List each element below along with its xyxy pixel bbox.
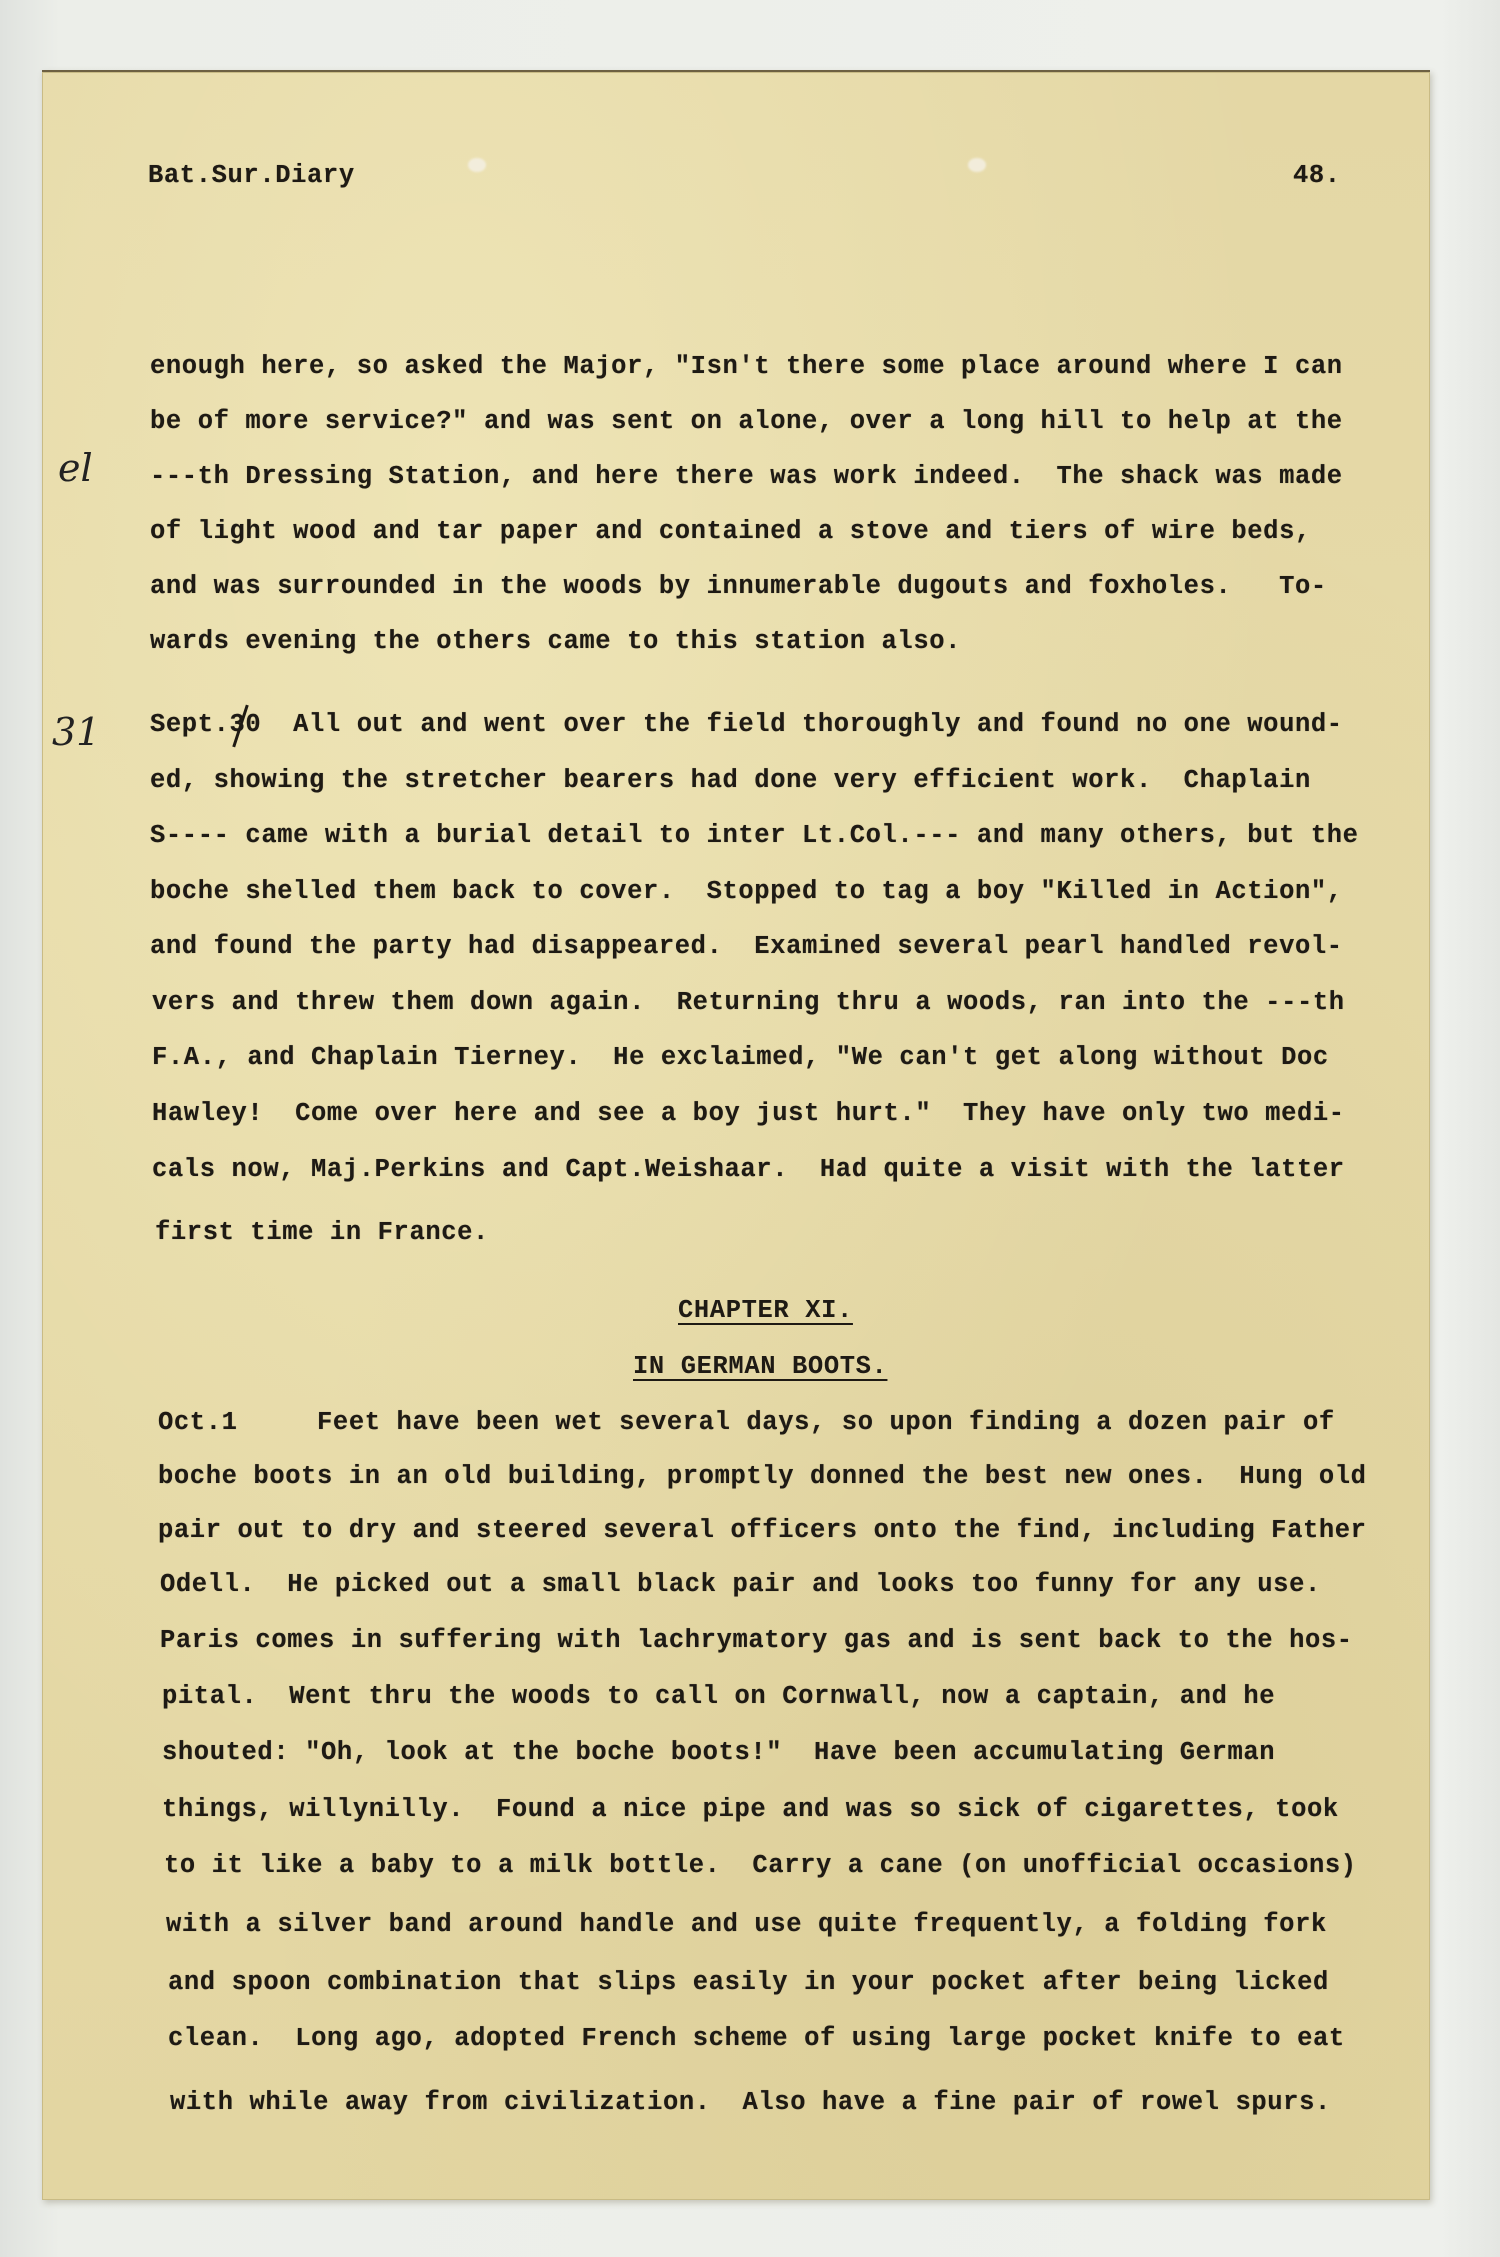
paragraph1-line: ---th Dressing Station, and here there w… [150,464,1343,490]
paragraph3-line: clean. Long ago, adopted French scheme o… [168,2026,1345,2052]
paper-blemish [468,158,486,172]
paragraph3-line: Odell. He picked out a small black pair … [160,1572,1321,1598]
paragraph3-line: and spoon combination that slips easily … [168,1970,1329,1996]
paragraph1-line: be of more service?" and was sent on alo… [150,409,1343,435]
paragraph3-line: Oct.1 Feet have been wet several days, s… [158,1410,1335,1436]
paragraph3-line: pair out to dry and steered several offi… [158,1518,1367,1544]
paragraph2-line: and found the party had disappeared. Exa… [150,934,1343,960]
margin-note-el: el [58,446,93,490]
paragraph2-line: F.A., and Chaplain Tierney. He exclaimed… [152,1045,1329,1071]
paragraph1-line: of light wood and tar paper and containe… [150,519,1311,545]
paragraph2-line: first time in France. [155,1220,489,1246]
paragraph2-line: cals now, Maj.Perkins and Capt.Weishaar.… [152,1157,1345,1183]
paragraph3-line: boche boots in an old building, promptly… [158,1464,1367,1490]
chapter-title-heading: IN GERMAN BOOTS. [633,1352,887,1381]
page-number: 48. [1293,163,1341,189]
chapter-number-heading: CHAPTER XI. [678,1296,853,1325]
paragraph3-line: to it like a baby to a milk bottle. Carr… [164,1853,1357,1879]
paragraph3-line: with a silver band around handle and use… [166,1912,1327,1938]
paper-blemish [968,158,986,172]
paragraph1-line: enough here, so asked the Major, "Isn't … [150,354,1343,380]
paragraph2-line: Sept.30 All out and went over the field … [150,712,1343,738]
paragraph3-line: pital. Went thru the woods to call on Co… [162,1684,1275,1710]
paragraph3-line: shouted: "Oh, look at the boche boots!" … [162,1740,1275,1766]
paragraph1-line: wards evening the others came to this st… [150,629,961,655]
paragraph3-line: Paris comes in suffering with lachrymato… [160,1628,1353,1654]
paragraph2-line: S---- came with a burial detail to inter… [150,823,1359,849]
paragraph2-line: vers and threw them down again. Returnin… [152,990,1345,1016]
margin-note-31: 31 [52,710,100,754]
paragraph3-line: things, willynilly. Found a nice pipe an… [162,1797,1339,1823]
paragraph1-line: and was surrounded in the woods by innum… [150,574,1327,600]
paragraph2-line: ed, showing the stretcher bearers had do… [150,768,1311,794]
document-header-title: Bat.Sur.Diary [148,163,355,189]
paragraph2-line: boche shelled them back to cover. Stoppe… [150,879,1343,905]
typewritten-page [42,70,1430,2200]
paragraph3-line: with while away from civilization. Also … [170,2090,1331,2116]
paragraph2-line: Hawley! Come over here and see a boy jus… [152,1101,1345,1127]
